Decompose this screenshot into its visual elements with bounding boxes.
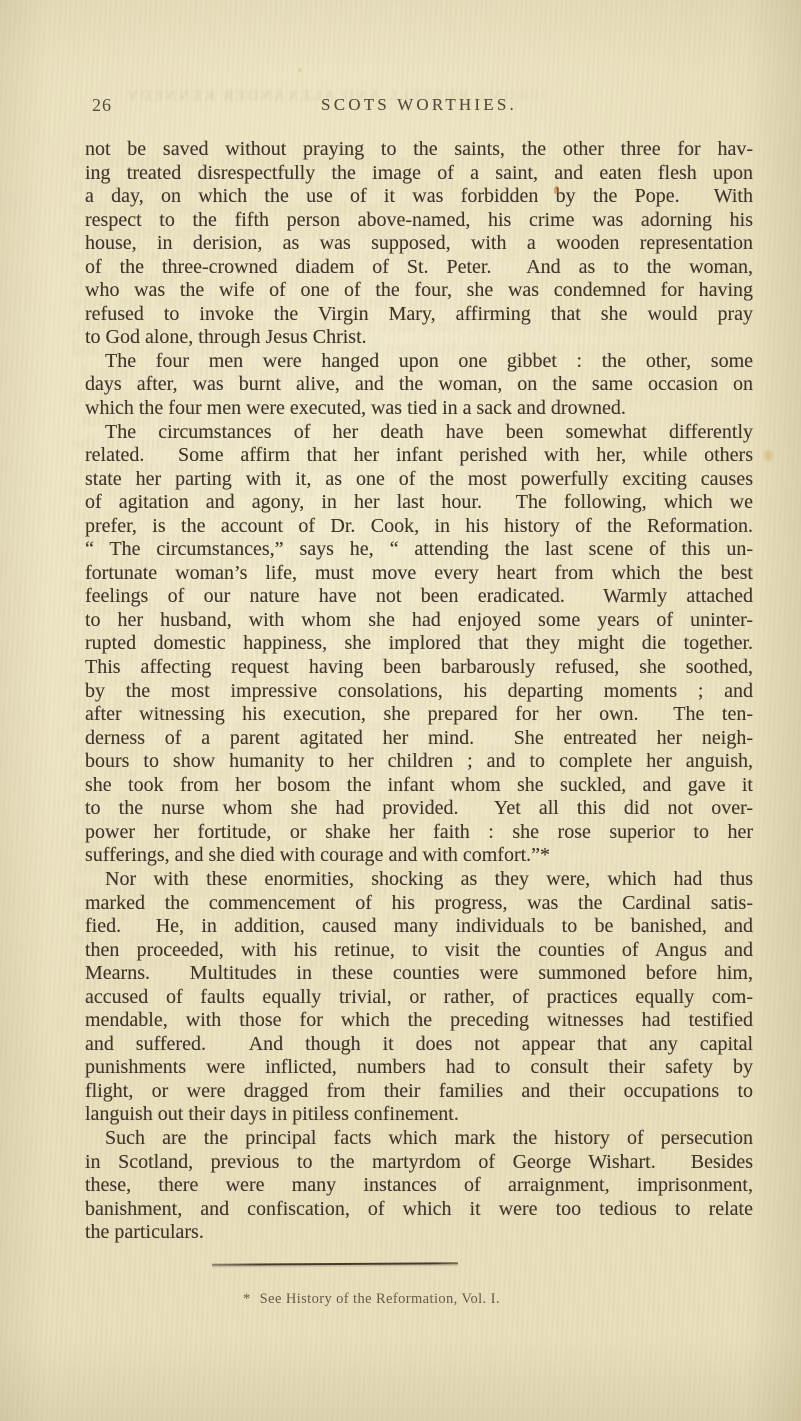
- body-line: mendable, with those for which the prece…: [85, 1009, 753, 1033]
- body-line: then proceeded, with his retinue, to vis…: [85, 939, 753, 963]
- body-line: power her fortitude, or shake her faith …: [85, 821, 753, 845]
- body-line: feelings of our nature have not been era…: [85, 585, 753, 609]
- body-text: not be saved without praying to the sain…: [85, 138, 753, 1245]
- body-line: of agitation and agony, in her last hour…: [85, 491, 753, 515]
- body-line: not be saved without praying to the sain…: [85, 138, 753, 162]
- footnote-marker: *: [243, 1291, 251, 1307]
- body-line: This affecting request having been barba…: [85, 656, 753, 680]
- body-line: The circumstances of her death have been…: [85, 421, 753, 445]
- footnote: *See History of the Reformation, Vol. I.: [243, 1291, 500, 1308]
- body-line: prefer, is the account of Dr. Cook, in h…: [85, 515, 753, 539]
- paper-stain: [298, 68, 302, 72]
- body-line: in Scotland, previous to the martyrdom o…: [85, 1151, 753, 1175]
- body-line: derness of a parent agitated her mind. S…: [85, 727, 753, 751]
- body-line: respect to the fifth person above-named,…: [85, 209, 753, 233]
- body-line: languish out their days in pitiless conf…: [85, 1103, 753, 1127]
- footnote-rule: [212, 1262, 458, 1265]
- body-line: state her parting with it, as one of the…: [85, 468, 753, 492]
- body-line: related. Some affirm that her infant per…: [85, 444, 753, 468]
- book-page-scan: JEROME RUSSELL AND ALEXANDER KENNEDY. no…: [0, 0, 801, 1421]
- body-line: punishments were inflicted, numbers had …: [85, 1056, 753, 1080]
- body-line: of the three-crowned diadem of St. Peter…: [85, 256, 753, 280]
- body-line: refused to invoke the Virgin Mary, affir…: [85, 303, 753, 327]
- body-line: who was the wife of one of the four, she…: [85, 279, 753, 303]
- body-line: fied. He, in addition, caused many indiv…: [85, 915, 753, 939]
- body-line: marked the commencement of his progress,…: [85, 892, 753, 916]
- body-line: which the four men were executed, was ti…: [85, 397, 753, 421]
- body-line: rupted domestic happiness, she implored …: [85, 632, 753, 656]
- body-line: house, in derision, as was supposed, wit…: [85, 232, 753, 256]
- body-line: flight, or were dragged from their famil…: [85, 1080, 753, 1104]
- paper-stain: [764, 450, 773, 461]
- body-line: after witnessing his execution, she prep…: [85, 703, 753, 727]
- body-line: the particulars.: [85, 1221, 753, 1245]
- footnote-text: See History of the Reformation, Vol. I.: [260, 1291, 500, 1307]
- body-line: and suffered. And though it does not app…: [85, 1033, 753, 1057]
- body-line: bours to show humanity to her children ;…: [85, 750, 753, 774]
- running-title: SCOTS WORTHIES.: [85, 95, 753, 115]
- body-line: she took from her bosom the infant whom …: [85, 774, 753, 798]
- body-line: banishment, and confiscation, of which i…: [85, 1198, 753, 1222]
- body-line: sufferings, and she died with courage an…: [85, 844, 753, 868]
- body-line: to the nurse whom she had provided. Yet …: [85, 797, 753, 821]
- body-line: to her husband, with whom she had enjoye…: [85, 609, 753, 633]
- body-line: by the most impressive consolations, his…: [85, 680, 753, 704]
- body-line: a day, on which the use of it was forbid…: [85, 185, 753, 209]
- body-line: The four men were hanged upon one gibbet…: [85, 350, 753, 374]
- body-line: accused of faults equally trivial, or ra…: [85, 986, 753, 1010]
- body-line: these, there were many instances of arra…: [85, 1174, 753, 1198]
- body-line: “ The circumstances,” says he, “ attendi…: [85, 538, 753, 562]
- body-line: to God alone, through Jesus Christ.: [85, 326, 753, 350]
- body-line: days after, was burnt alive, and the wom…: [85, 373, 753, 397]
- body-line: Such are the principal facts which mark …: [85, 1127, 753, 1151]
- body-line: fortunate woman’s life, must move every …: [85, 562, 753, 586]
- body-line: Mearns. Multitudes in these counties wer…: [85, 962, 753, 986]
- body-line: Nor with these enormities, shocking as t…: [85, 868, 753, 892]
- body-line: ing treated disrespectfully the image of…: [85, 162, 753, 186]
